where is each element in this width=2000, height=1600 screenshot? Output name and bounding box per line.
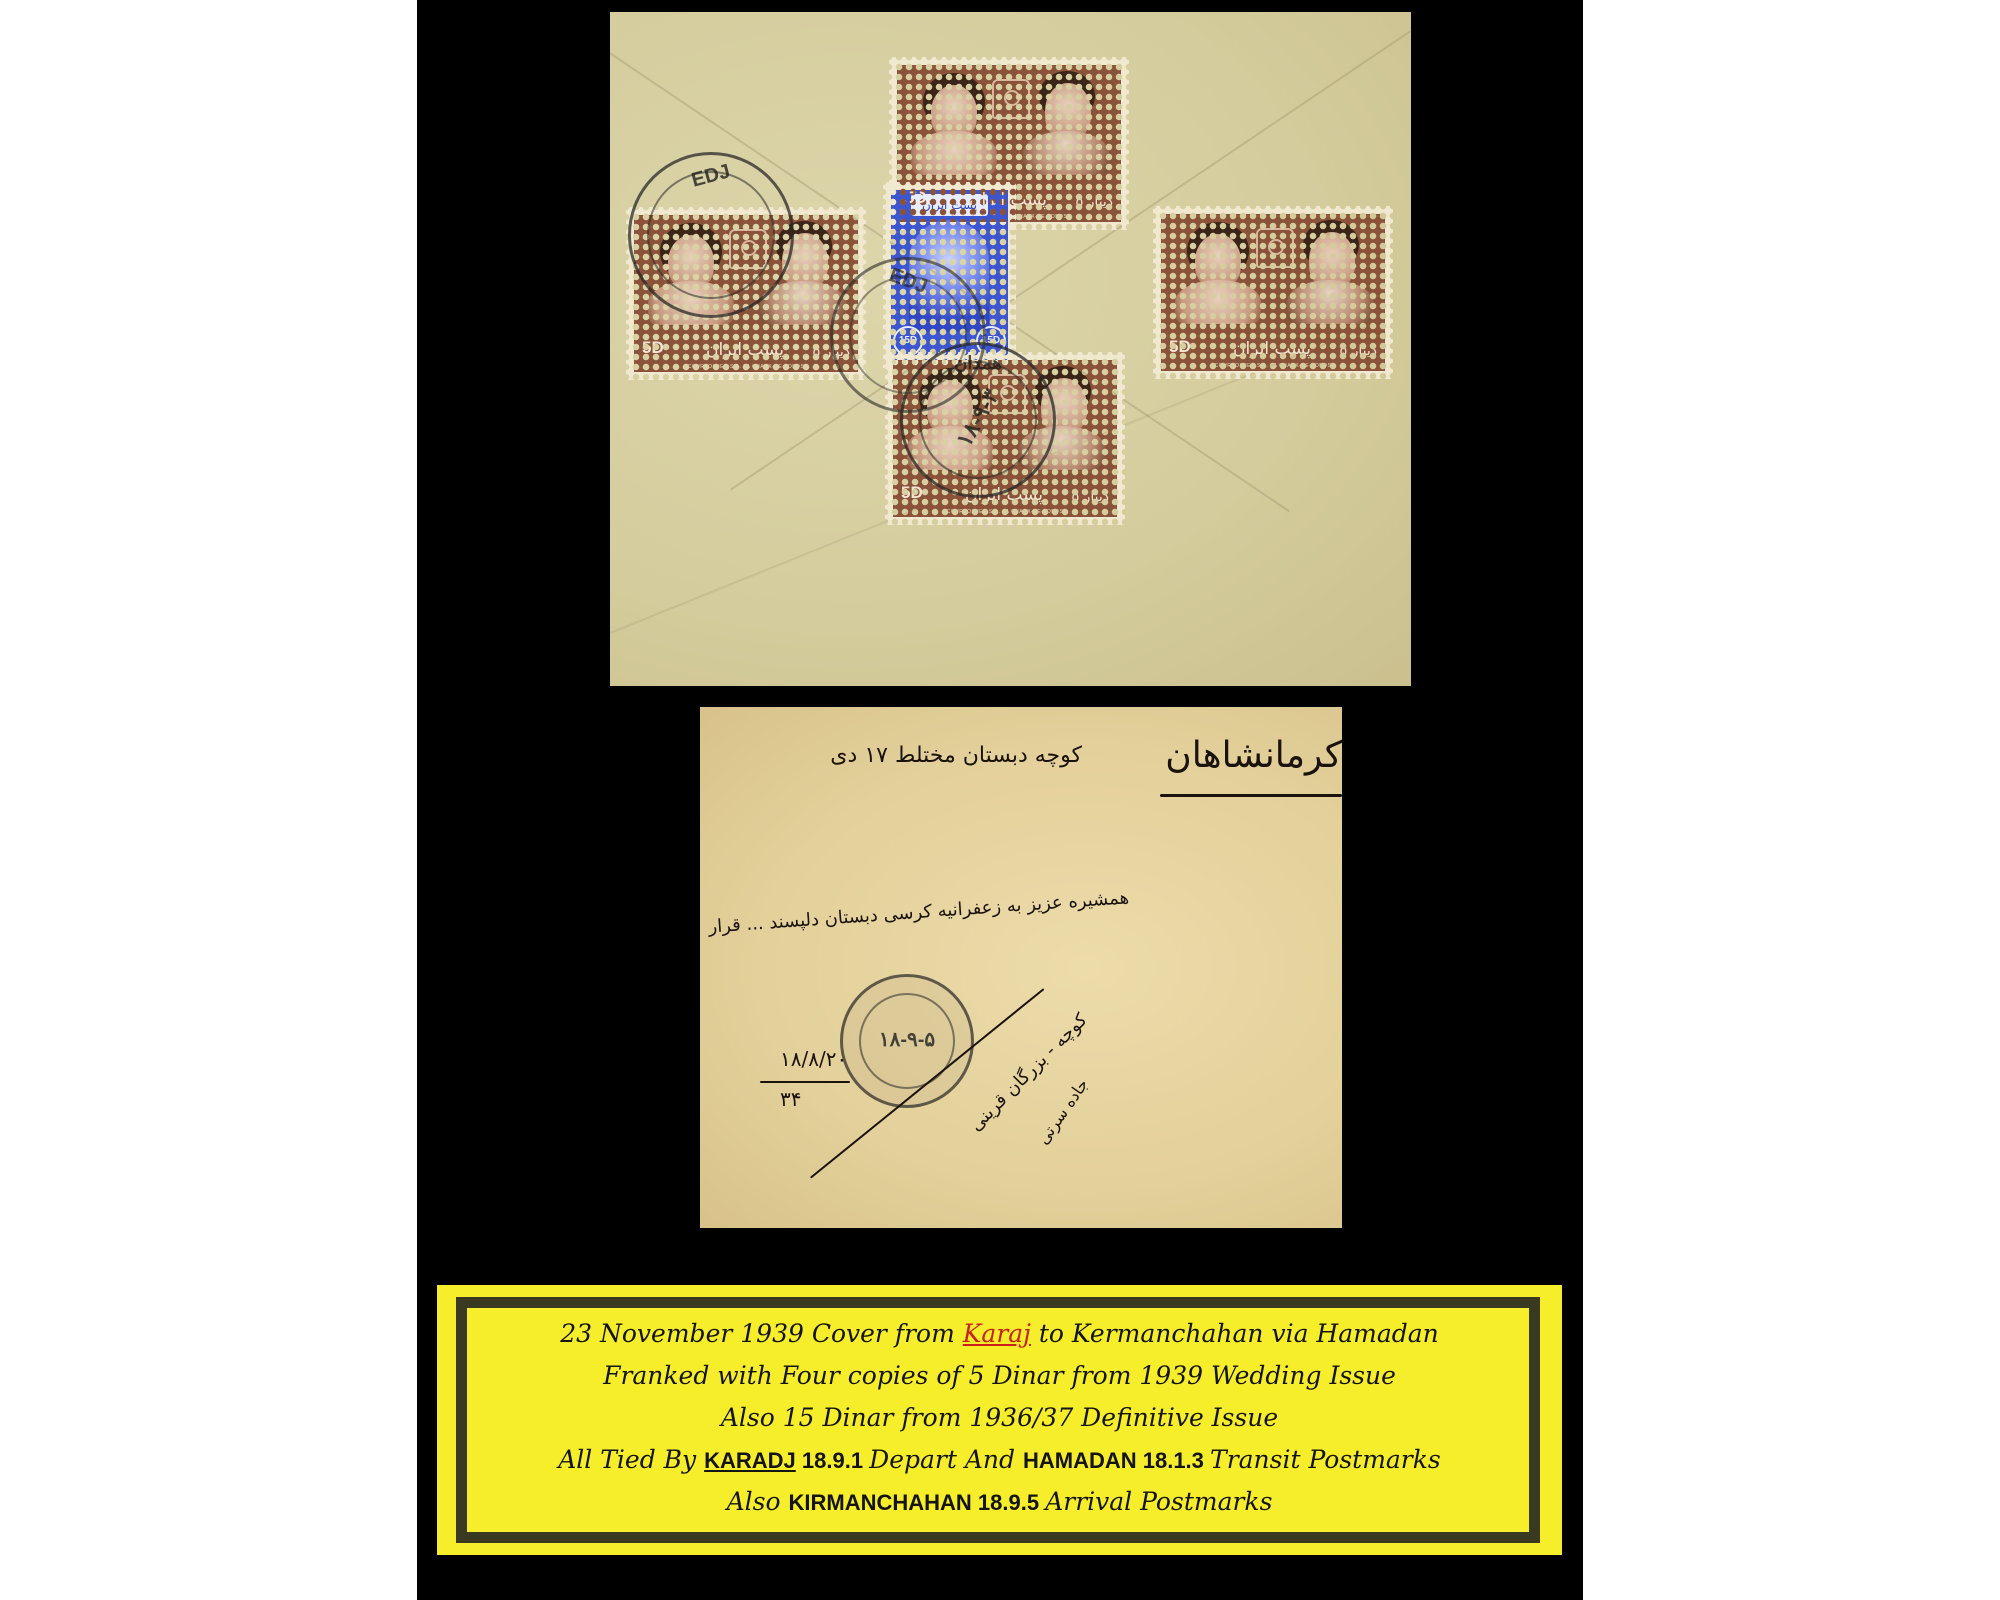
origin-town: Karaj [963,1319,1031,1348]
stamp-country: پست ایران [706,340,784,360]
postmark-hamadan: همدان ۱۸-۹-۳ [900,342,1056,498]
postmark-ref: HAMADAN 18.1.3 [1023,1448,1210,1473]
label-line-5: Also KIRMANCHAHAN 18.9.5 Arrival Postmar… [437,1481,1562,1523]
label-line-2: Franked with Four copies of 5 Dinar from… [437,1355,1562,1397]
cover-stamp-side: 5Dپست ایران۵ دینارCOURVOISIER S.A. LA CH… [610,12,1411,686]
docket-fraction-line [760,1081,850,1083]
label-text-part: Transit Postmarks [1210,1445,1441,1474]
crown-emblem [992,79,1030,119]
label-line-4: All Tied By KARADJ 18.9.1 Depart And HAM… [437,1439,1562,1481]
docket-number-top: ۱۸/۸/۲۰ [780,1047,847,1071]
cover-address-side: کرمانشاهان کوچه دبستان مختلط ۱۷ دی همشیر… [700,707,1342,1228]
label-text-part: All Tied By [558,1445,704,1474]
label-text-part: Depart And [869,1445,1023,1474]
postmark-ref: KIRMANCHAHAN 18.9.5 [788,1490,1045,1515]
label-text-part: Franked with Four copies of 5 Dinar from… [603,1361,1396,1390]
stamp-denomination: 5D [642,338,664,358]
stamp-denomination: 5D [901,483,923,503]
address-underline [1160,794,1342,797]
side-note-2: جاده سرتی [1033,1075,1092,1148]
stamp-wedding-right: 5Dپست ایران۵ دینارCOURVOISIER S.A. LA CH… [1153,206,1393,379]
stamp-value-farsi: ۵ دینار [1076,194,1113,210]
crown-emblem [1256,228,1294,268]
stamp-denomination: 5D [1169,337,1191,357]
stamp-value-farsi: ۵ دینار [1072,489,1109,505]
stamp-imprint: COURVOISIER S.A. LA CHAUX-DE-FONDS [634,364,858,370]
stamp-imprint: COURVOISIER S.A. LA CHAUX-DE-FONDS [1161,363,1385,369]
label-text-part: Arrival Postmarks [1045,1487,1272,1516]
postmark-karadj-left: EDJ [628,152,794,318]
postmark-kirmanchahan-arrival: ۱۸-۹-۵ [840,974,974,1108]
side-note-1: کوچه - بزرگان قرینی [966,1009,1092,1135]
postmark-ref: 18.9.1 [796,1448,869,1473]
address-detail: کوچه دبستان مختلط ۱۷ دی [830,743,1082,768]
label-text-part: Also 15 Dinar from 1936/37 Definitive Is… [721,1403,1278,1432]
label-line-1: 23 November 1939 Cover from Karaj to Ker… [437,1313,1562,1355]
description-label: 23 November 1939 Cover from Karaj to Ker… [437,1285,1562,1555]
label-text: 23 November 1939 Cover from Karaj to Ker… [437,1313,1562,1523]
stamp-country: پست ایران [1233,339,1311,359]
label-text-part: Also [727,1487,789,1516]
stamp-country: پست ایران [911,194,988,216]
stamp-value-farsi: ۵ دینار [1340,343,1377,359]
postmark-ref: KARADJ [704,1448,796,1473]
stamp-imprint: COURVOISIER S.A. LA CHAUX-DE-FONDS [893,509,1117,515]
message-line: همشیره عزیز به زعفرانیه کرسی دبستان دلپس… [708,887,1130,937]
label-text-part: 23 November 1939 Cover from [560,1319,962,1348]
label-text-part: to Kermanchahan via Hamadan [1031,1319,1439,1348]
label-line-3: Also 15 Dinar from 1936/37 Definitive Is… [437,1397,1562,1439]
docket-number-bottom: ۳۴ [780,1087,801,1111]
address-city: کرمانشاهان [1165,735,1342,776]
